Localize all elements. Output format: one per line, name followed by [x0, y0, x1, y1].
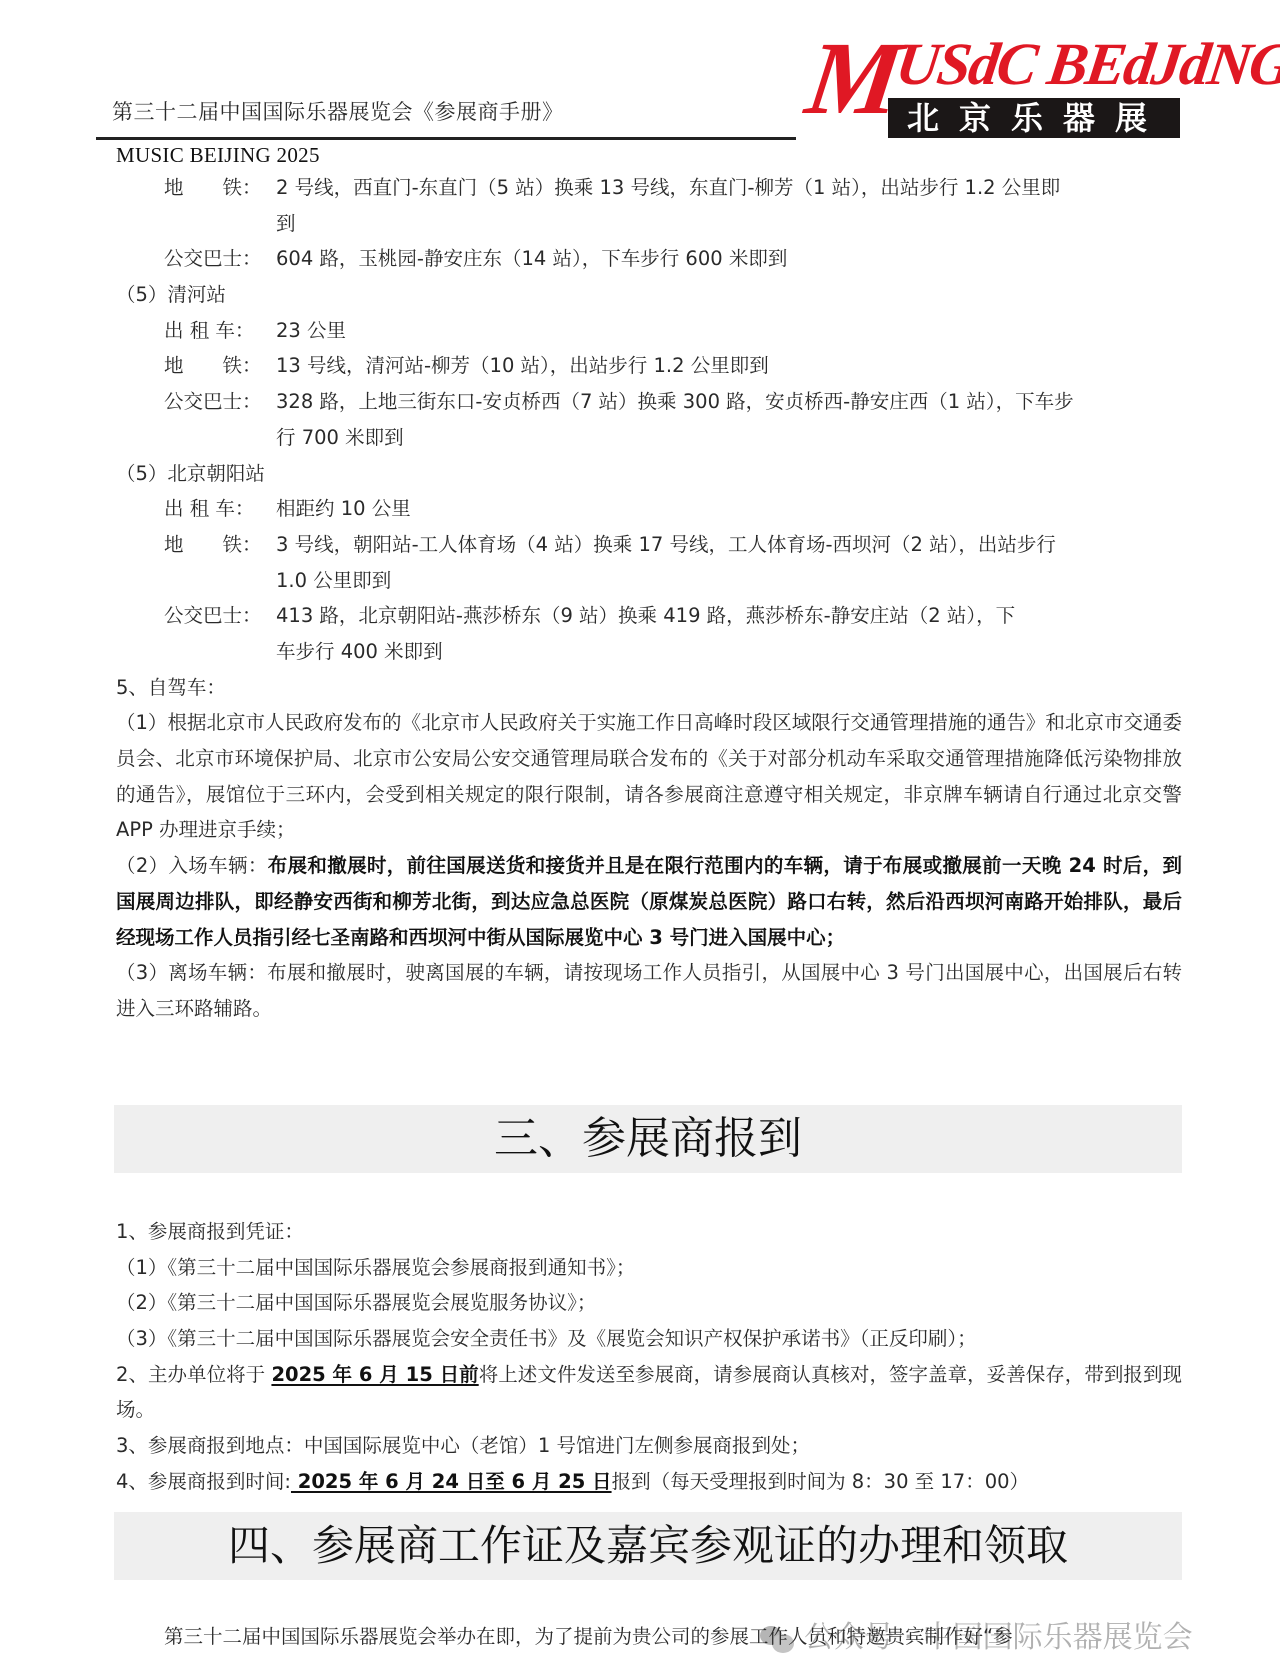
registration-item-2: 2、主办单位将于 2025 年 6 月 15 日前将上述文件发送至参展商，请参展…	[116, 1357, 1182, 1428]
logo-script-text: MUSdC BEdJdNG	[802, 34, 1280, 124]
route-line: 1.0 公里即到	[116, 563, 1182, 599]
registration-doc-item: （2）《第三十二届中国国际乐器展览会展览服务协议》；	[116, 1285, 1182, 1321]
registration-item-3: 3、参展商报到地点：中国国际展览中心（老馆）1 号馆进门左侧参展商报到处；	[116, 1428, 1182, 1464]
document-body: 地 铁：2 号线，西直门-东直门（5 站）换乘 13 号线，东直门-柳芳（1 站…	[116, 170, 1182, 1027]
station-heading-chaoyang: （5）北京朝阳站	[116, 456, 1182, 492]
header-divider	[96, 137, 796, 140]
selfdrive-paragraph-3: （3）离场车辆：布展和撤展时，驶离国展的车辆，请按现场工作人员指引，从国展中心 …	[116, 955, 1182, 1026]
registration-doc-item: （1）《第三十二届中国国际乐器展览会参展商报到通知书》；	[116, 1250, 1182, 1286]
registration-doc-item: （3）《第三十二届中国国际乐器展览会安全责任书》及《展览会知识产权保护承诺书》（…	[116, 1321, 1182, 1357]
document-header-title: 第三十二届中国国际乐器展览会《参展商手册》	[112, 96, 564, 126]
registration-item-1-heading: 1、参展商报到凭证：	[116, 1214, 1182, 1250]
route-line: 行 700 米即到	[116, 420, 1182, 456]
route-line: 公交巴士：328 路，上地三街东口-安贞桥西（7 站）换乘 300 路，安贞桥西…	[116, 384, 1182, 420]
route-line: 出 租 车：23 公里	[116, 313, 1182, 349]
station-heading-qinghe: （5）清河站	[116, 277, 1182, 313]
registration-section: 1、参展商报到凭证： （1）《第三十二届中国国际乐器展览会参展商报到通知书》； …	[116, 1214, 1182, 1500]
route-line: 地 铁：2 号线，西直门-东直门（5 站）换乘 13 号线，东直门-柳芳（1 站…	[116, 170, 1182, 206]
section4-intro: 第三十二届中国国际乐器展览会举办在即，为了提前为贵公司的参展工作人员和特邀贵宾制…	[164, 1621, 1013, 1649]
deadline-date: 2025 年 6 月 15 日前	[271, 1363, 478, 1386]
section-heading-badges: 四、参展商工作证及嘉宾参观证的办理和领取	[114, 1512, 1182, 1580]
selfdrive-paragraph-2: （2）入场车辆：布展和撤展时，前往国展送货和接货并且是在限行范围内的车辆，请于布…	[116, 848, 1182, 955]
selfdrive-heading: 5、自驾车：	[116, 670, 1182, 706]
selfdrive-paragraph-1: （1）根据北京市人民政府发布的《北京市人民政府关于实施工作日高峰时段区域限行交通…	[116, 705, 1182, 848]
section-heading-registration: 三、参展商报到	[114, 1105, 1182, 1173]
route-line: 公交巴士：604 路，玉桃园-静安庄东（14 站），下车步行 600 米即到	[116, 241, 1182, 277]
registration-item-4: 4、参展商报到时间: 2025 年 6 月 24 日至 6 月 25 日报到（每…	[116, 1464, 1182, 1500]
registration-dates: 2025 年 6 月 24 日至 6 月 25 日	[291, 1470, 612, 1493]
route-line: 公交巴士：413 路，北京朝阳站-燕莎桥东（9 站）换乘 419 路，燕莎桥东-…	[116, 598, 1182, 634]
route-line: 地 铁：3 号线，朝阳站-工人体育场（4 站）换乘 17 号线，工人体育场-西坝…	[116, 527, 1182, 563]
document-header-subtitle: MUSIC BEIJING 2025	[116, 143, 320, 168]
route-line: 到	[116, 206, 1182, 242]
route-line: 地 铁：13 号线，清河站-柳芳（10 站），出站步行 1.2 公里即到	[116, 348, 1182, 384]
route-line: 车步行 400 米即到	[116, 634, 1182, 670]
music-beijing-logo: 北京乐器展 MUSdC BEdJdNG	[808, 34, 1180, 142]
route-line: 出 租 车：相距约 10 公里	[116, 491, 1182, 527]
